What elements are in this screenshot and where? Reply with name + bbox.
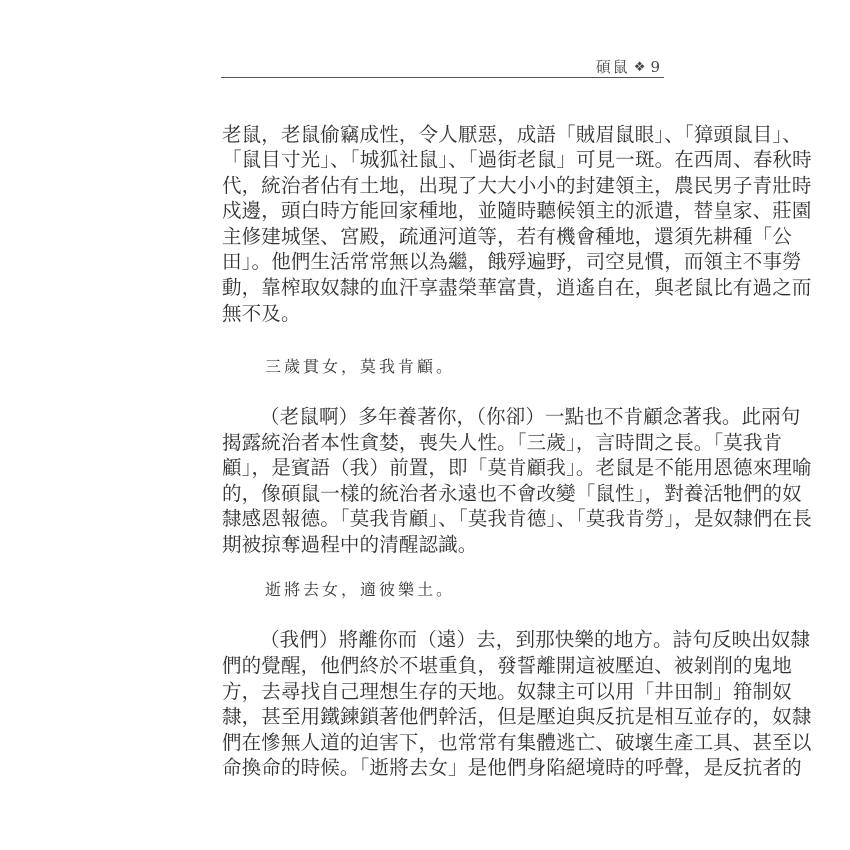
text-line: 顧」，是賓語（我）前置，即「莫肯顧我」。老鼠是不能用恩德來理喻: [222, 456, 812, 480]
text-line: 主修建城堡、宮殿，疏通河道等，若有機會種地，還須先耕種「公: [222, 225, 792, 249]
text-line: 期被掠奪過程中的清醒認識。: [222, 533, 477, 557]
text-line: 命換命的時候。「逝將去女」是他們身陷絕境時的呼聲，是反抗者的: [222, 756, 802, 780]
text-line: 們的覺醒，他們終於不堪重負，發誓離開這被壓迫、被剝削的鬼地: [222, 654, 792, 678]
text-line: 老鼠，老鼠偷竊成性，令人厭惡，成語「賊眉鼠眼」、「獐頭鼠目」、: [222, 123, 802, 147]
text-line: （我們）將離你而（遠）去，到那快樂的地方。詩句反映出奴隸: [260, 628, 810, 652]
text-line: 代，統治者佔有土地，出現了大大小小的封建領主，農民男子青壯時: [222, 174, 812, 198]
text-line: 隸，甚至用鐵鍊鎖著他們幹活，但是壓迫與反抗是相互並存的，奴隸: [222, 705, 812, 729]
text-line: 「鼠目寸光」、「城狐社鼠」、「過街老鼠」可見一斑。在西周、春秋時: [222, 148, 812, 172]
text-line: （老鼠啊）多年養著你，（你卻）一點也不肯顧念著我。此兩句: [260, 405, 800, 429]
text-line: 動，靠榨取奴隸的血汗享盡榮華富貴，逍遙自在，與老鼠比有過之而: [222, 276, 812, 300]
book-page: 碩鼠❖9 老鼠，老鼠偷竊成性，令人厭惡，成語「賊眉鼠眼」、「獐頭鼠目」、 「鼠目…: [0, 0, 850, 850]
text-line: 隸感恩報德。「莫我肯顧」、「莫我肯德」、「莫我肯勞」，是奴隸們在長: [222, 507, 812, 531]
running-head: 碩鼠❖9: [596, 56, 662, 77]
text-line: 戍邊，頭白時方能回家種地，並隨時聽候領主的派遣，替皇家、莊園: [222, 199, 812, 223]
text-line: 的，像碩鼠一樣的統治者永遠也不會改變「鼠性」，對養活牠們的奴: [222, 482, 802, 506]
running-head-title: 碩鼠: [596, 58, 630, 76]
verse-quote-1: 三歲貫女，莫我肯顧。: [265, 356, 455, 378]
header-rule: [221, 77, 664, 78]
text-line: 田」。他們生活常常無以為繼，餓殍遍野，司空見慣，而領主不事勞: [222, 250, 802, 274]
diamond-ornament-icon: ❖: [634, 60, 648, 75]
text-line: 方，去尋找自己理想生存的天地。奴隸主可以用「井田制」箝制奴: [222, 680, 792, 704]
text-line: 揭露統治者本性貪婪，喪失人性。「三歲」，言時間之長。「莫我肯: [222, 431, 782, 455]
page-number: 9: [650, 58, 662, 76]
text-line: 們在慘無人道的迫害下，也常常有集體逃亡、破壞生產工具、甚至以: [222, 731, 812, 755]
verse-quote-2: 逝將去女，適彼樂土。: [265, 579, 455, 601]
text-line: 無不及。: [222, 302, 301, 326]
